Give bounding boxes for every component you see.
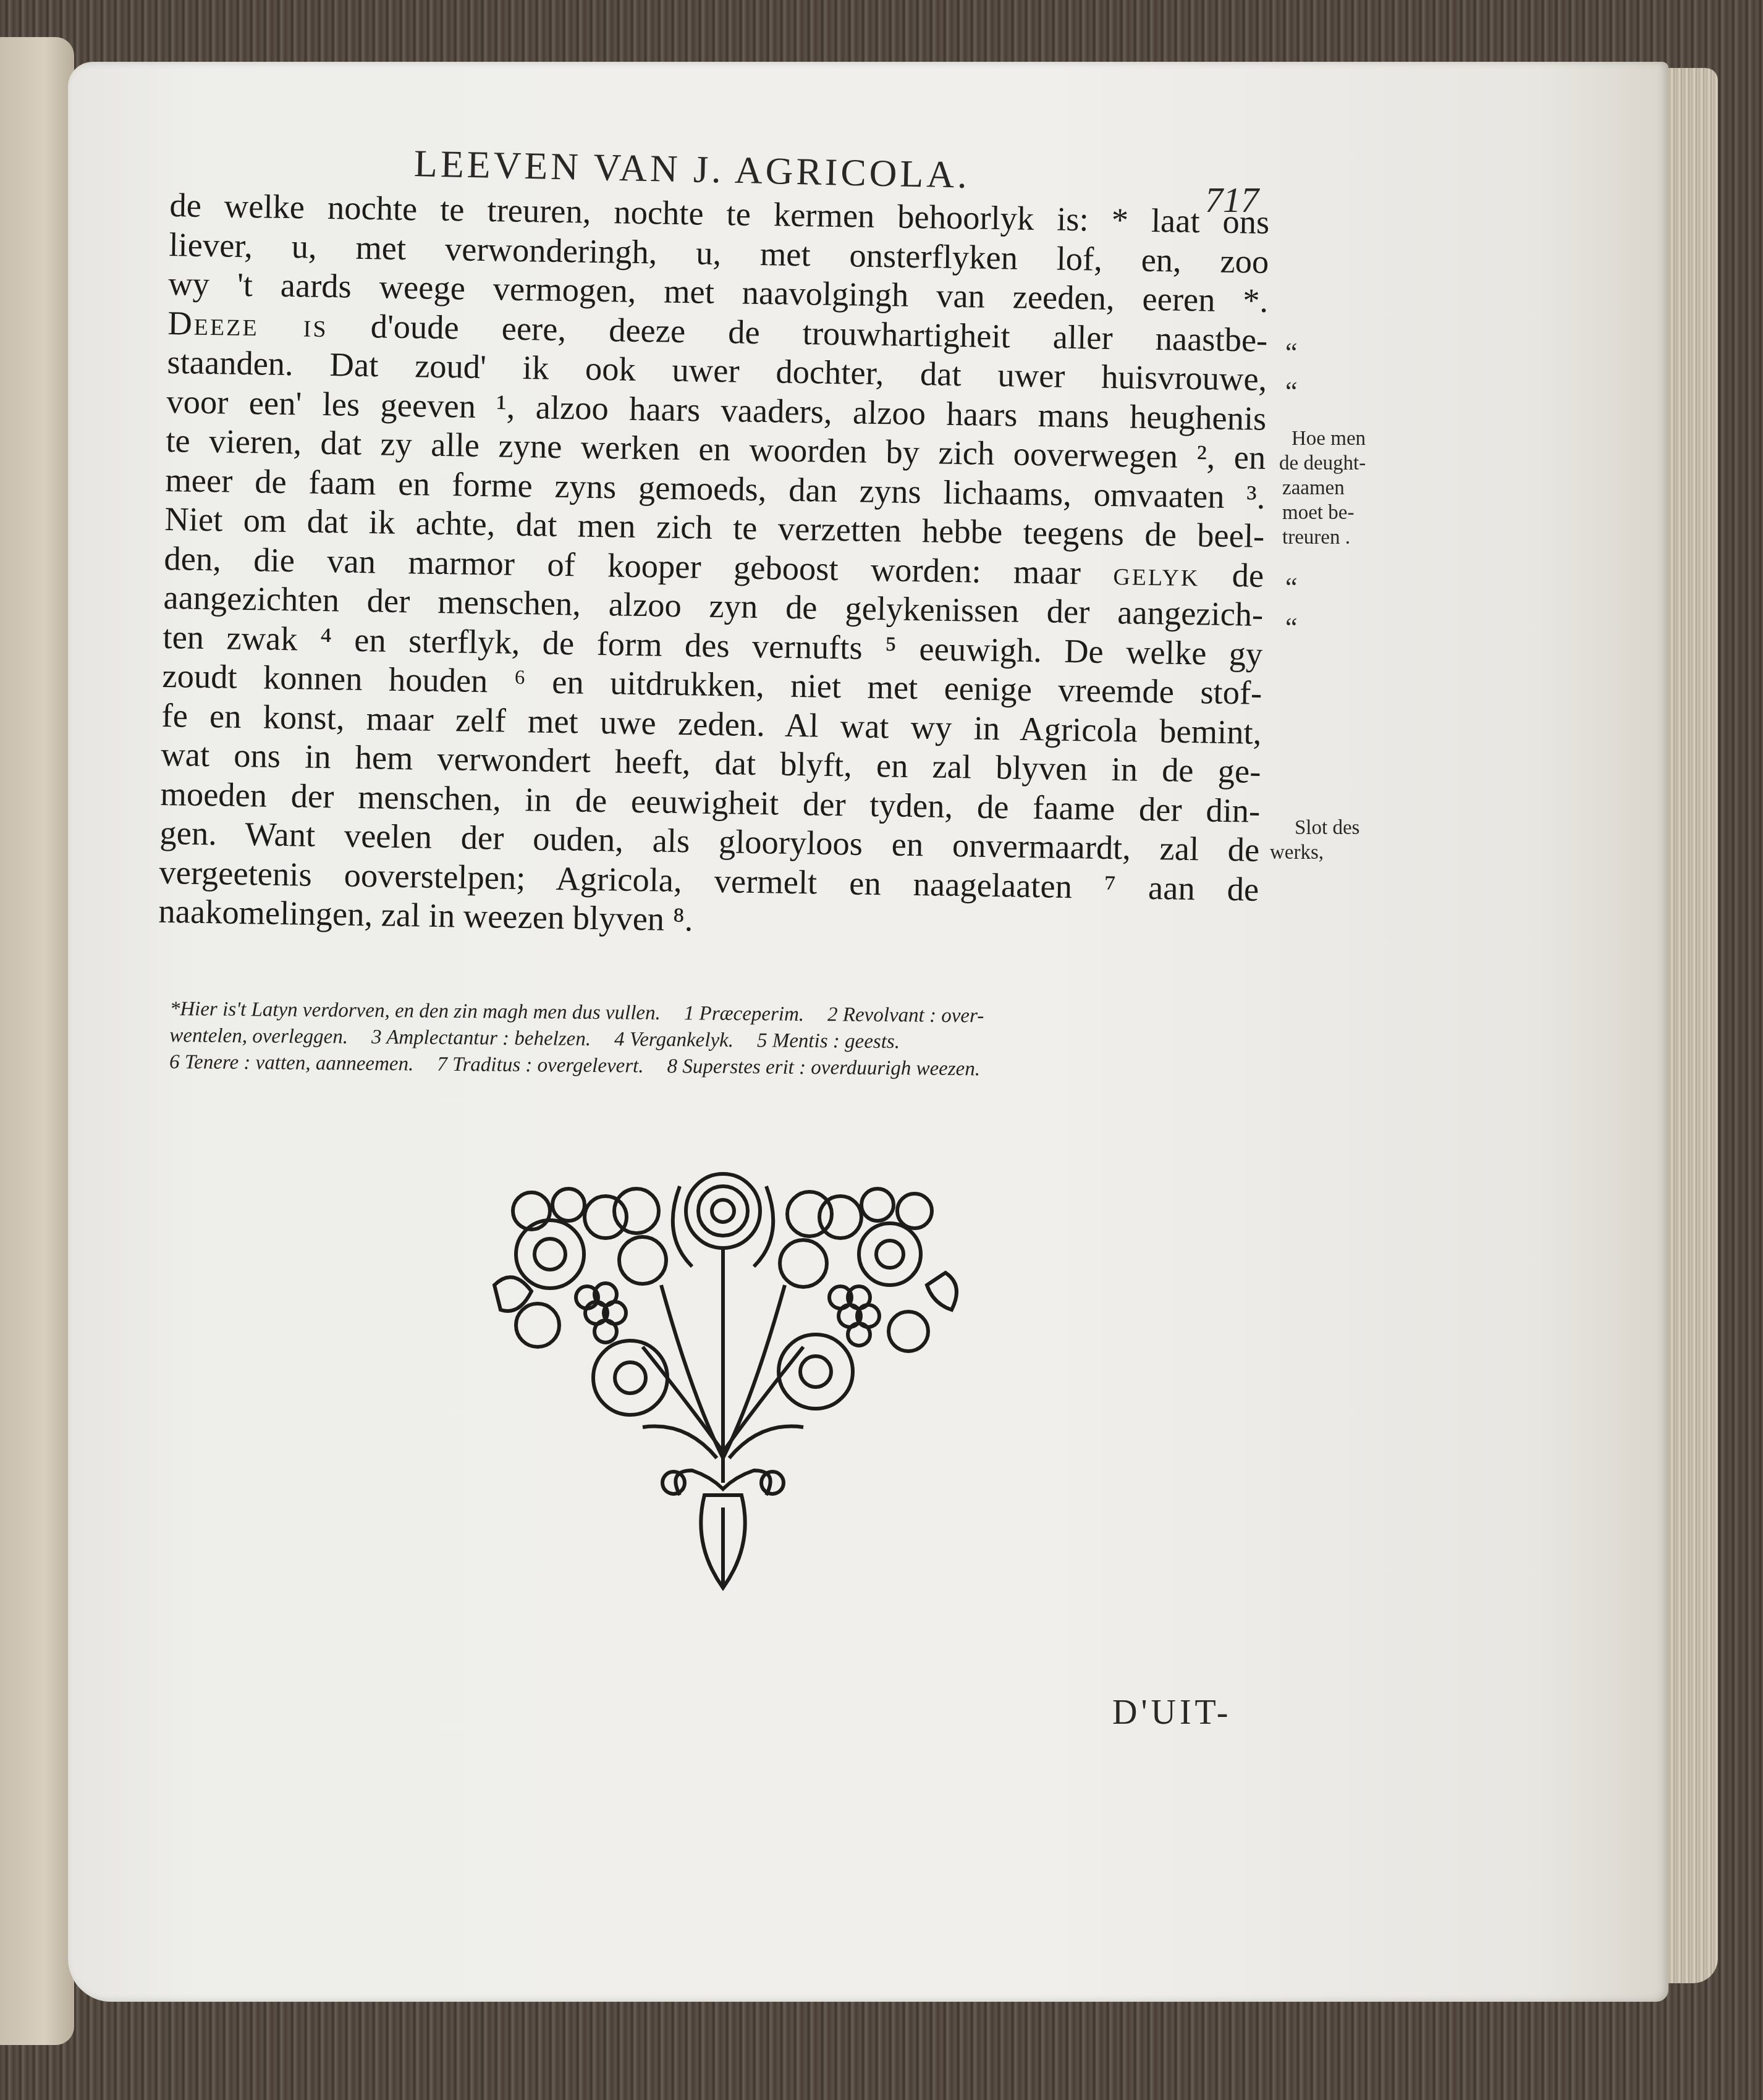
sidenote-line: treuren .	[1282, 525, 1366, 550]
footnote: 6 Tenere : vatten, aanneemen.	[169, 1051, 414, 1075]
footnote: *Hier is't Latyn verdorven, en den zin m…	[170, 998, 661, 1024]
quote-mark: “	[1285, 337, 1298, 368]
catchword: D'UIT-	[1112, 1693, 1232, 1732]
sidenote-line: zaamen	[1282, 476, 1366, 500]
quote-mark: “	[1285, 571, 1298, 603]
body-text: de welke nochte te treuren, nochte te ke…	[158, 185, 1270, 948]
quote-mark: “	[1285, 612, 1298, 643]
footnote: 2 Revolvant : over-	[827, 1003, 984, 1027]
footnote: 3 Amplectantur : behelzen.	[371, 1026, 591, 1050]
sidenote-line: Slot des	[1295, 816, 1359, 840]
facing-left-page	[0, 37, 74, 2045]
sidenote-line: moet be-	[1282, 500, 1366, 525]
footnote: 7 Traditus : overgelevert.	[437, 1053, 644, 1077]
footnote: 4 Vergankelyk.	[614, 1028, 734, 1052]
footnote: 5 Mentis : geests.	[757, 1029, 900, 1053]
sidenote-line: de deught-	[1279, 451, 1366, 476]
footnote: wentelen, overleggen.	[169, 1024, 348, 1048]
sidenote-line: werks,	[1270, 840, 1359, 865]
footnote: 8 Superstes erit : overduurigh weezen.	[667, 1055, 980, 1080]
sidenote-line: Hoe men	[1292, 426, 1366, 451]
footnote: 1 Præceperim.	[684, 1002, 805, 1026]
floral-vignette-icon	[457, 1162, 989, 1606]
quote-mark: “	[1285, 376, 1298, 407]
sidenote-mourning: Hoe men de deught- zaamen moet be- treur…	[1292, 426, 1366, 550]
footnotes: *Hier is't Latyn verdorven, en den zin m…	[169, 996, 1264, 1085]
sidenote-conclusion: Slot des werks,	[1295, 816, 1359, 865]
